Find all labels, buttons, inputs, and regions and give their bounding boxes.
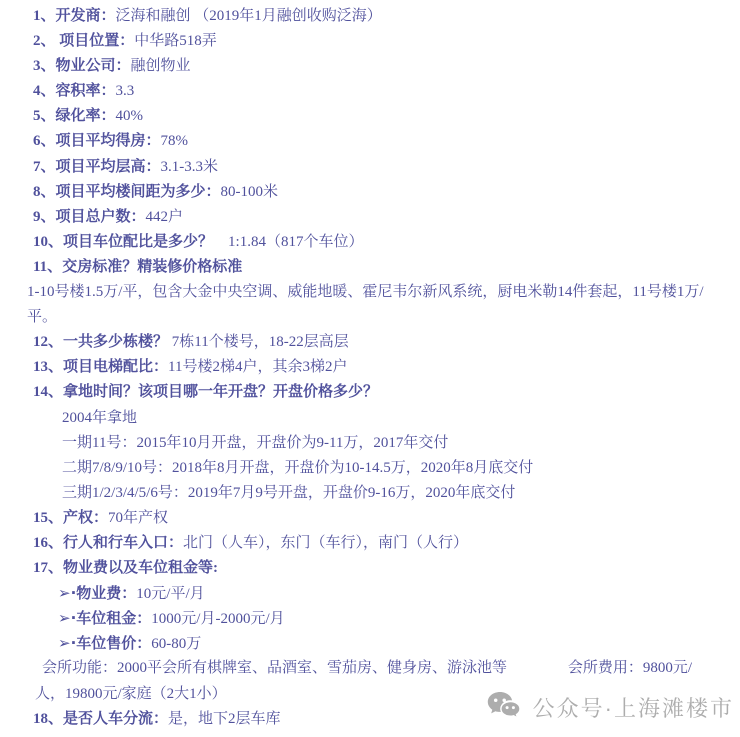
- item-value: 70年产权: [108, 510, 168, 526]
- bullet-item: ➢·物业费：10元/平/月: [0, 581, 740, 606]
- item-label: 项目电梯配比：: [63, 359, 168, 375]
- item-value: 78%: [161, 133, 189, 149]
- item-number: 6、: [33, 133, 56, 149]
- item-value: 泛海和融创 （2019年1月融创收购泛海）: [116, 8, 382, 24]
- item-number: 4、: [33, 83, 56, 99]
- paragraph-line: 1-10号楼1.5万/平，包含大金中央空调、威能地暖、霍尼韦尔新风系统，厨电米勒…: [0, 280, 740, 305]
- item-label: 项目车位配比是多少？: [63, 234, 213, 250]
- list-item-11: 11、交房标准？精装修价格标准: [0, 255, 740, 280]
- line-text: 2004年拿地: [62, 410, 137, 426]
- bullet-value: 60-80万: [151, 636, 201, 652]
- item-value: 442户: [146, 209, 184, 225]
- item-number: 8、: [33, 184, 56, 200]
- item-number: 18、: [33, 711, 63, 727]
- item-label: 绿化率：: [56, 108, 116, 124]
- item-value: 3.3: [116, 83, 135, 99]
- sub-line: 三期1/2/3/4/5/6号：2019年7月9号开盘，开盘价9-16万，2020…: [0, 481, 740, 506]
- list-item-1: 1、开发商：泛海和融创 （2019年1月融创收购泛海）: [0, 4, 740, 29]
- list-item-3: 3、物业公司：融创物业: [0, 54, 740, 79]
- list-item-4: 4、容积率：3.3: [0, 79, 740, 104]
- item-number: 10、: [33, 234, 63, 250]
- item-number: 12、: [33, 334, 63, 350]
- item-value: 11号楼2梯4户，其余3梯2户: [168, 359, 347, 375]
- list-item-15: 15、产权：70年产权: [0, 506, 740, 531]
- club-fee-text: 会所费用：9800元/: [568, 656, 692, 681]
- item-label: 一共多少栋楼？: [63, 334, 168, 350]
- list-item-7: 7、项目平均层高：3.1-3.3米: [0, 155, 740, 180]
- item-number: 16、: [33, 535, 63, 551]
- item-number: 14、: [33, 384, 63, 400]
- item-number: 13、: [33, 359, 63, 375]
- item-label: 项目平均楼间距为多少：: [56, 184, 221, 200]
- item-value: 3.1-3.3米: [161, 159, 219, 175]
- line-text: 1-10号楼1.5万/平，包含大金中央空调、威能地暖、霍尼韦尔新风系统，厨电米勒…: [27, 284, 704, 300]
- club-info-row: 会所功能：2000平会所有棋牌室、品酒室、雪茄房、健身房、游泳池等会所费用：98…: [0, 656, 740, 681]
- item-value: 80-100米: [221, 184, 279, 200]
- item-label: 产权：: [63, 510, 108, 526]
- bullet-value: 1000元/月-2000元/月: [151, 611, 284, 627]
- list-item-2: 2、 项目位置：中华路518弄: [0, 29, 740, 54]
- item-value: 融创物业: [131, 58, 191, 74]
- item-label: 项目位置：: [56, 33, 135, 49]
- item-number: 2、: [33, 33, 56, 49]
- line-text: 一期11号：2015年10月开盘，开盘价为9-11万，2017年交付: [62, 435, 448, 451]
- arrow-bullet-icon: ➢·: [58, 634, 76, 652]
- item-number: 3、: [33, 58, 56, 74]
- item-value: 1:1.84（817个车位）: [213, 234, 363, 250]
- list-item-6: 6、项目平均得房：78%: [0, 129, 740, 154]
- item-label: 拿地时间？该项目哪一年开盘？开盘价格多少？: [63, 384, 378, 400]
- bullet-label: 车位售价：: [76, 636, 151, 652]
- item-value: 北门（人车），东门（车行），南门（人行）: [183, 535, 468, 551]
- item-number: 11、: [33, 259, 62, 275]
- list-item-16: 16、行人和行车入口：北门（人车），东门（车行），南门（人行）: [0, 531, 740, 556]
- line-text: 三期1/2/3/4/5/6号：2019年7月9号开盘，开盘价9-16万，2020…: [62, 485, 515, 501]
- watermark: 公众号·上海滩楼市: [487, 691, 734, 723]
- item-label: 项目总户数：: [56, 209, 146, 225]
- item-label: 物业公司：: [56, 58, 131, 74]
- list-item-9: 9、项目总户数：442户: [0, 205, 740, 230]
- arrow-bullet-icon: ➢·: [58, 584, 76, 602]
- item-value: 中华路518弄: [134, 33, 217, 49]
- item-value: 40%: [116, 108, 144, 124]
- list-item-13: 13、项目电梯配比：11号楼2梯4户，其余3梯2户: [0, 355, 740, 380]
- club-function-text: 会所功能：2000平会所有棋牌室、品酒室、雪茄房、健身房、游泳池等: [0, 656, 507, 681]
- item-number: 7、: [33, 159, 56, 175]
- line-text: 人，19800元/家庭（2大1小）: [35, 686, 227, 702]
- list-item-17: 17、物业费以及车位租金等:: [0, 556, 740, 581]
- document-body: 1、开发商：泛海和融创 （2019年1月融创收购泛海）2、 项目位置：中华路51…: [0, 0, 740, 732]
- item-value: 7栋11个楼号，18-22层高层: [168, 334, 349, 350]
- line-text: 平。: [27, 309, 57, 325]
- bullet-label: 物业费：: [76, 586, 136, 602]
- arrow-bullet-icon: ➢·: [58, 609, 76, 627]
- wechat-icon: [487, 691, 524, 723]
- sub-line: 2004年拿地: [0, 406, 740, 431]
- item-number: 15、: [33, 510, 63, 526]
- item-label: 项目平均层高：: [56, 159, 161, 175]
- item-number: 5、: [33, 108, 56, 124]
- list-item-8: 8、项目平均楼间距为多少：80-100米: [0, 180, 740, 205]
- bullet-value: 10元/平/月: [136, 586, 204, 602]
- item-label: 交房标准？精装修价格标准: [62, 259, 242, 275]
- bullet-item: ➢·车位售价：60-80万: [0, 631, 740, 656]
- item-label: 开发商：: [56, 8, 116, 24]
- sub-line: 一期11号：2015年10月开盘，开盘价为9-11万，2017年交付: [0, 431, 740, 456]
- item-number: 1、: [33, 8, 56, 24]
- bullet-label: 车位租金：: [76, 611, 151, 627]
- item-label: 项目平均得房：: [56, 133, 161, 149]
- list-item-12: 12、一共多少栋楼？ 7栋11个楼号，18-22层高层: [0, 330, 740, 355]
- list-item-10: 10、项目车位配比是多少？ 1:1.84（817个车位）: [0, 230, 740, 255]
- watermark-text: 公众号·上海滩楼市: [533, 692, 734, 723]
- item-label: 行人和行车入口：: [63, 535, 183, 551]
- paragraph-line: 平。: [0, 305, 740, 330]
- bullet-item: ➢·车位租金：1000元/月-2000元/月: [0, 606, 740, 631]
- line-text: 二期7/8/9/10号：2018年8月开盘，开盘价为10-14.5万，2020年…: [62, 460, 533, 476]
- list-item-5: 5、绿化率：40%: [0, 104, 740, 129]
- sub-line: 二期7/8/9/10号：2018年8月开盘，开盘价为10-14.5万，2020年…: [0, 456, 740, 481]
- item-number: 17、: [33, 560, 63, 576]
- item-label: 容积率：: [56, 83, 116, 99]
- item-number: 9、: [33, 209, 56, 225]
- item-value: 是，地下2层车库: [168, 711, 281, 727]
- item-label: 物业费以及车位租金等:: [63, 560, 218, 576]
- list-item-14: 14、拿地时间？该项目哪一年开盘？开盘价格多少？: [0, 380, 740, 405]
- item-label: 是否人车分流：: [63, 711, 168, 727]
